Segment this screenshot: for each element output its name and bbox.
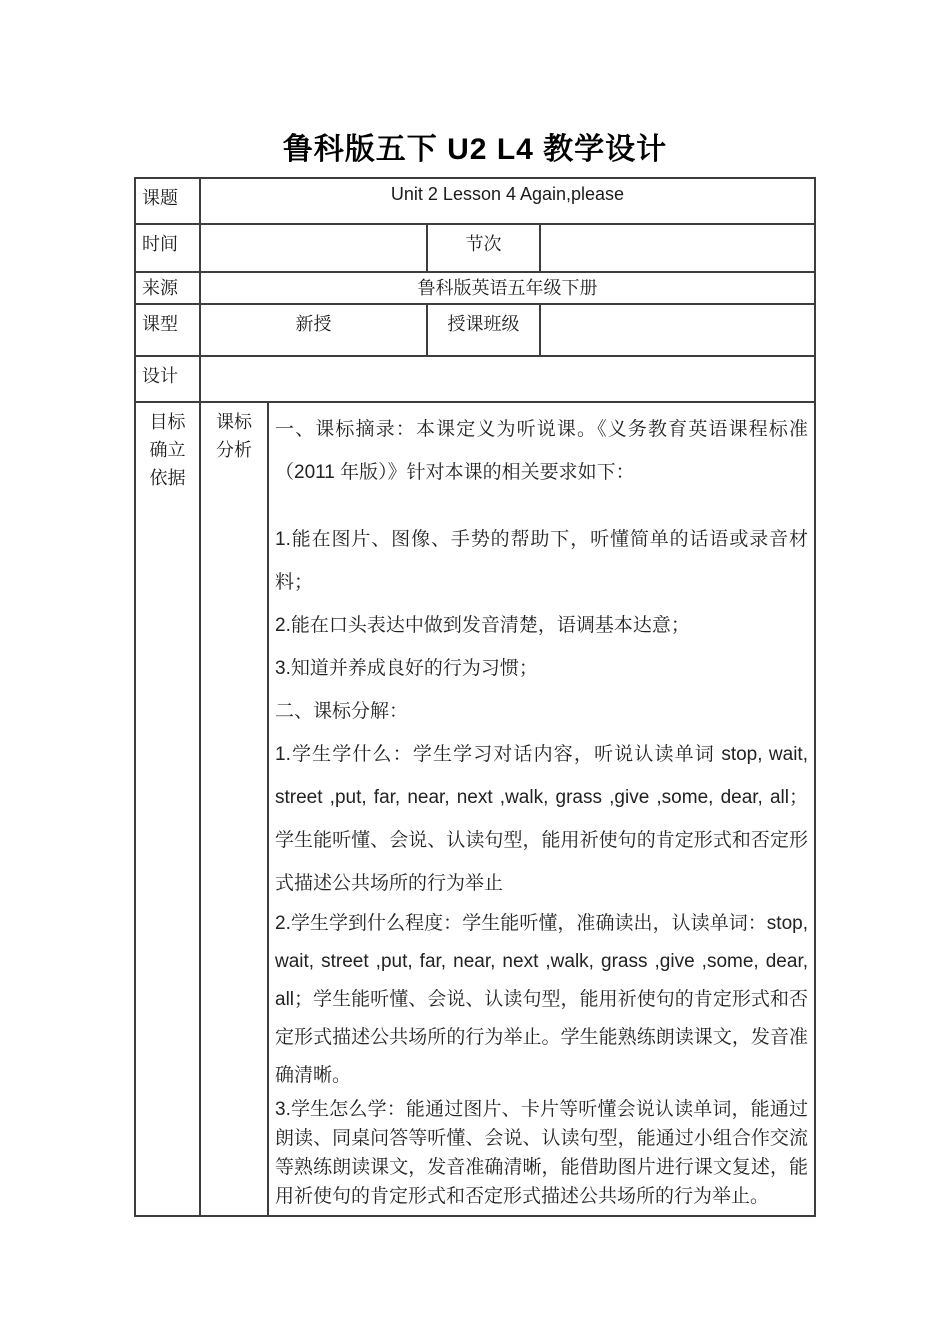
paragraph-how-students-learn: 3.学生怎么学：能通过图片、卡片等听懂会说认读单词，能通过朗读、同桌问答等听懂、… — [275, 1095, 808, 1211]
period-label: 节次 — [427, 224, 540, 272]
document-page: 鲁科版五下 U2 L4 教学设计 课题 Unit 2 Lesson 4 Agai… — [0, 0, 950, 1344]
course-title-label: 课题 — [135, 178, 200, 224]
paragraph-requirement-1: 1.能在图片、图像、手势的帮助下，听懂简单的话语或录音材料； — [275, 518, 808, 604]
goal-basis-label-line3: 依据 — [142, 464, 193, 492]
goal-basis-label-line2: 确立 — [142, 436, 193, 464]
course-type-value: 新授 — [200, 304, 427, 356]
document-title: 鲁科版五下 U2 L4 教学设计 — [0, 0, 950, 168]
table-row-source: 来源 鲁科版英语五年级下册 — [135, 272, 815, 304]
class-value — [540, 304, 815, 356]
paragraph-learning-degree: 2.学生学到什么程度：学生能听懂，准确读出，认读单词：stop, wait, s… — [275, 905, 808, 1095]
designer-label: 设计 — [135, 356, 200, 402]
paragraph-standard-excerpt: 一、课标摘录：本课定义为听说课。《义务教育英语课程标准（2011 年版）》针对本… — [275, 408, 808, 494]
time-value — [200, 224, 427, 272]
standard-analysis-label: 课标 分析 — [200, 403, 268, 1216]
table-row-goal-basis: 目标 确立 依据 课标 分析 一、课标摘录：本课定义为听说课。《义务教育英语课程… — [135, 403, 815, 1216]
standard-analysis-content: 一、课标摘录：本课定义为听说课。《义务教育英语课程标准（2011 年版）》针对本… — [268, 403, 815, 1216]
standard-analysis-label-line2: 分析 — [207, 436, 261, 464]
time-label: 时间 — [135, 224, 200, 272]
goal-basis-label: 目标 确立 依据 — [135, 403, 200, 1216]
designer-value — [200, 356, 815, 402]
table-row-time: 时间 节次 — [135, 224, 815, 272]
paragraph-requirement-3: 3.知道并养成良好的行为习惯； — [275, 647, 808, 690]
goal-basis-table: 目标 确立 依据 课标 分析 一、课标摘录：本课定义为听说课。《义务教育英语课程… — [134, 403, 816, 1217]
paragraph-standard-breakdown-heading: 二、课标分解： — [275, 690, 808, 733]
standard-analysis-label-line1: 课标 — [207, 408, 261, 436]
paragraph-what-students-learn: 1.学生学什么：学生学习对话内容，听说认读单词 stop, wait, stre… — [275, 733, 808, 905]
paragraph-requirement-2: 2.能在口头表达中做到发音清楚，语调基本达意； — [275, 604, 808, 647]
table-row-course-type: 课型 新授 授课班级 — [135, 304, 815, 356]
source-label: 来源 — [135, 272, 200, 304]
goal-basis-label-line1: 目标 — [142, 408, 193, 436]
lesson-info-table: 课题 Unit 2 Lesson 4 Again,please 时间 节次 来源… — [134, 177, 816, 403]
table-row-course-title: 课题 Unit 2 Lesson 4 Again,please — [135, 178, 815, 224]
source-value: 鲁科版英语五年级下册 — [200, 272, 815, 304]
period-value — [540, 224, 815, 272]
course-type-label: 课型 — [135, 304, 200, 356]
table-row-designer: 设计 — [135, 356, 815, 402]
class-label: 授课班级 — [427, 304, 540, 356]
course-title-value: Unit 2 Lesson 4 Again,please — [200, 178, 815, 224]
